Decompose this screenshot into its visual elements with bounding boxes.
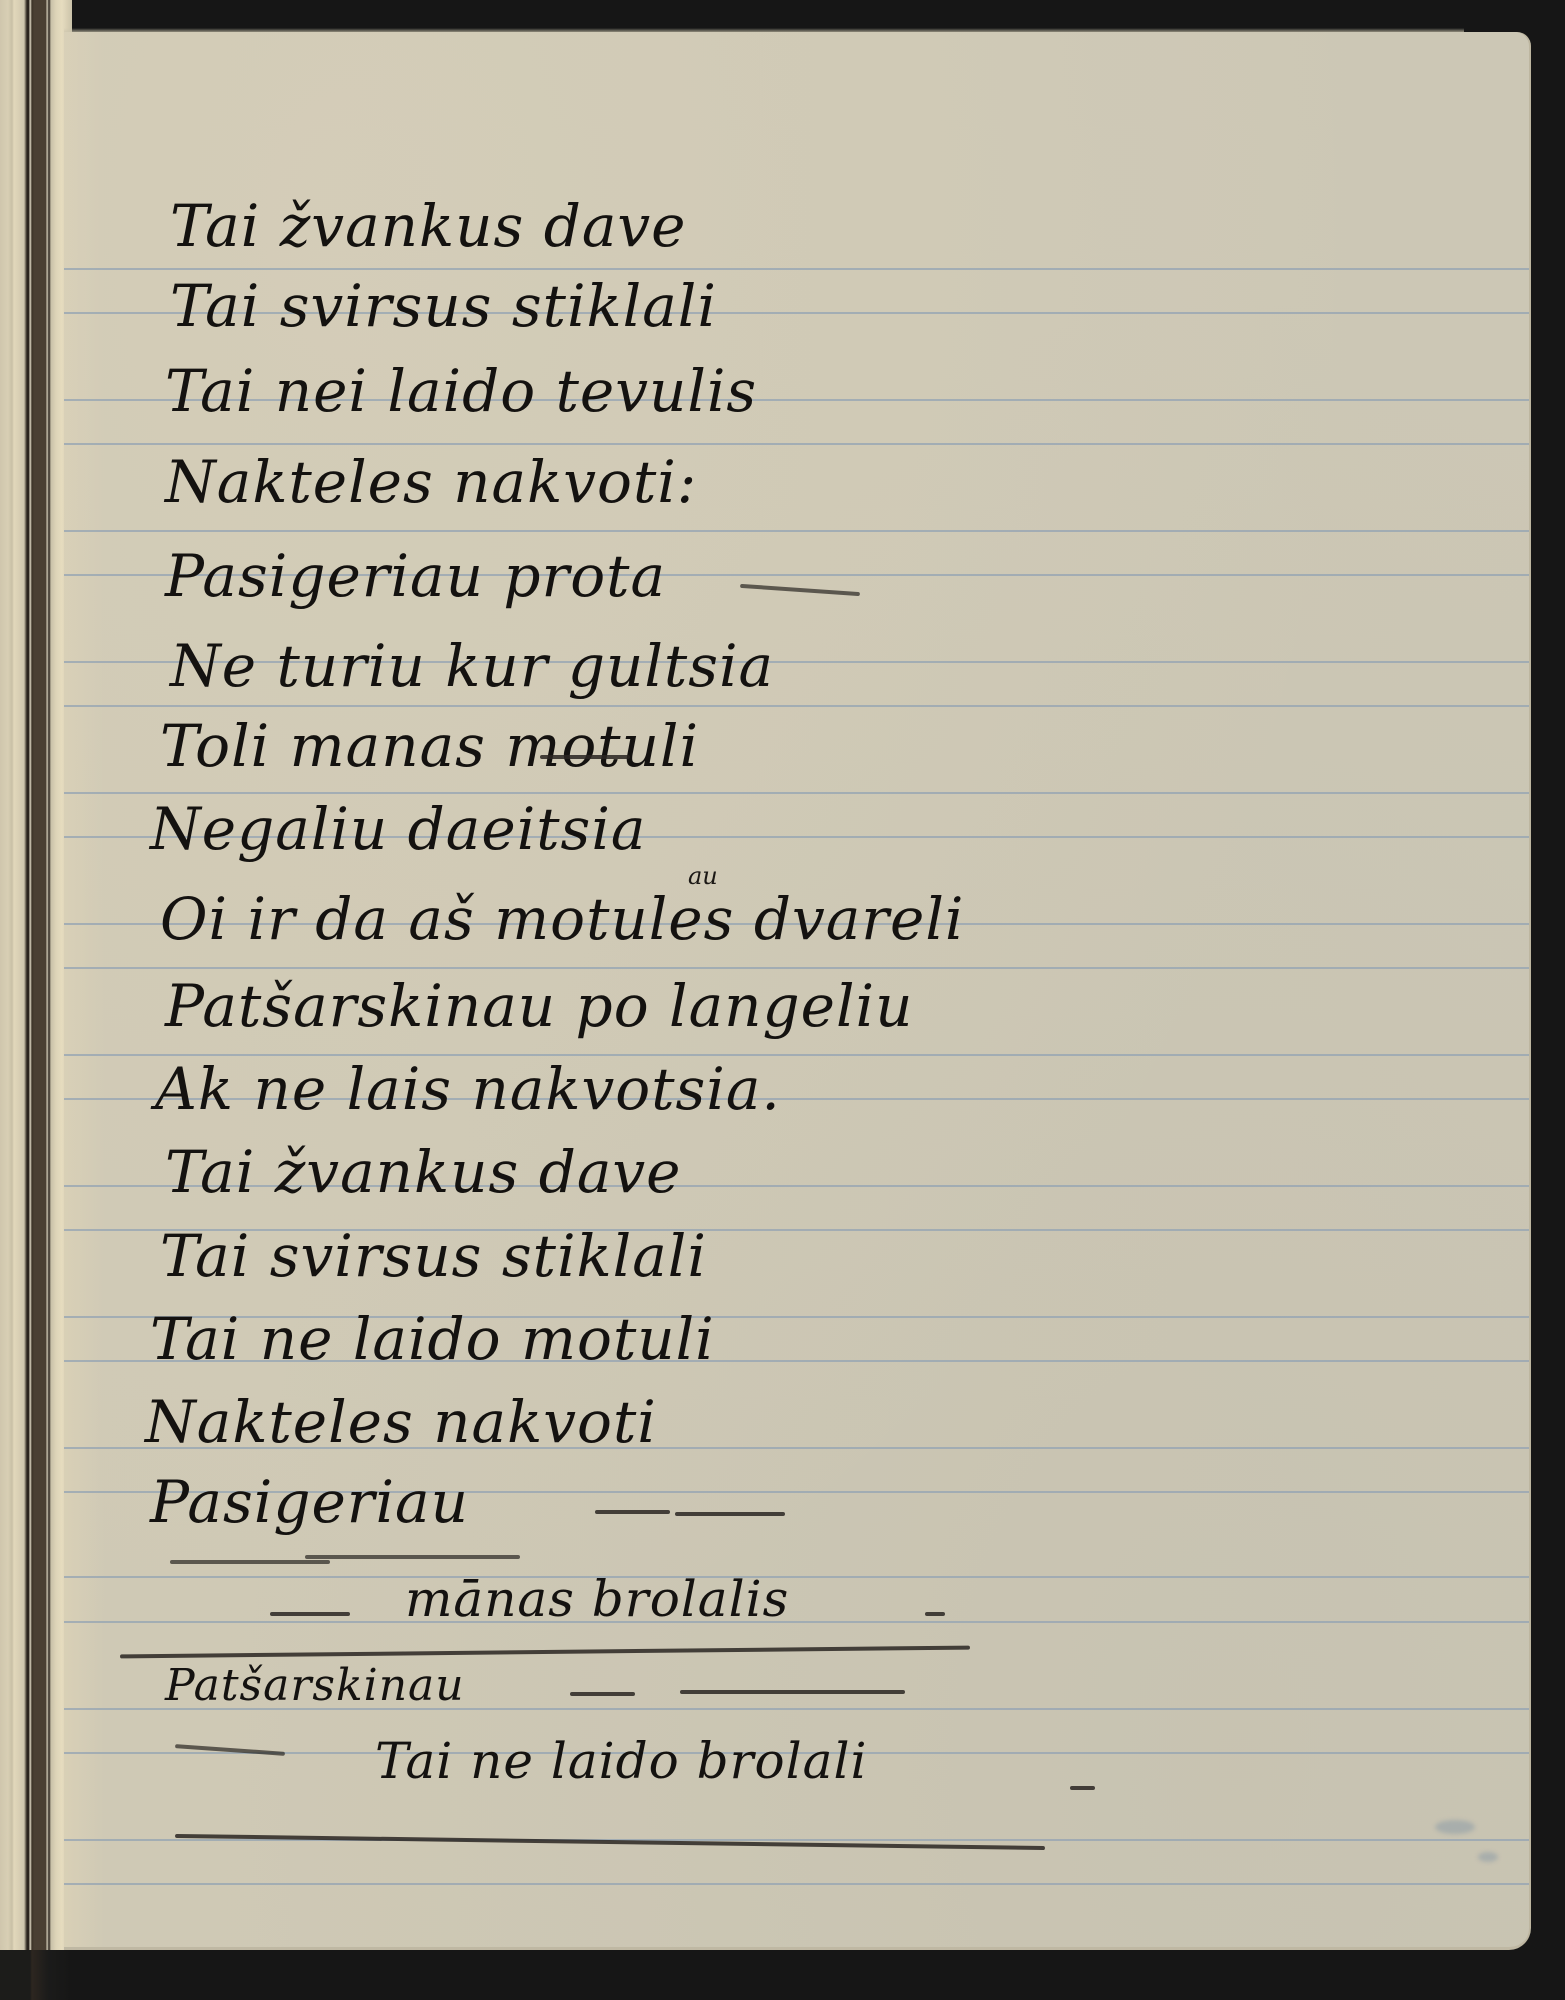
- verse2-line4: Negaliu daeitsia: [150, 795, 646, 863]
- verse4-line3: Tai ne laido motuli: [150, 1305, 715, 1373]
- binding-shadow: [0, 1950, 72, 2000]
- ruled-line: [64, 967, 1529, 969]
- verse3-line3: Ak ne lais nakvotsia.: [155, 1055, 781, 1123]
- verse4-line2: Tai svirsus stiklali: [160, 1222, 707, 1290]
- verse2-line3: Toli manas motuli: [160, 712, 699, 780]
- ruled-line: [64, 705, 1529, 707]
- dash-stroke: [570, 1692, 635, 1696]
- dash-stroke: [925, 1612, 945, 1616]
- ruled-line: [64, 268, 1529, 270]
- dash-stroke: [305, 1555, 520, 1559]
- refrain-line3: Tai ne laido brolali: [375, 1732, 867, 1790]
- strike-stroke: [540, 755, 630, 759]
- verse1-line4: Nakteles nakvoti:: [165, 448, 697, 516]
- dash-stroke: [1070, 1786, 1095, 1790]
- refrain-line1: mānas brolalis: [405, 1570, 789, 1628]
- ruled-line: [64, 1883, 1529, 1885]
- scanned-manuscript: Tai žvankus dave Tai svirsus stiklali Ta…: [0, 0, 1565, 2000]
- dash-stroke: [270, 1612, 350, 1616]
- dash-stroke: [675, 1512, 785, 1516]
- verse4-line4: Nakteles nakvoti: [145, 1388, 657, 1456]
- verse4-line1: Tai žvankus dave: [165, 1138, 682, 1206]
- page-stack-binding: [0, 0, 72, 1950]
- verse2-line1: Pasigeriau prota: [165, 542, 666, 610]
- ruled-line: [64, 792, 1529, 794]
- verse3-line1: Oi ir da aš motules dvareli: [160, 885, 964, 953]
- dash-stroke: [680, 1690, 905, 1694]
- verse2-line2: Ne turiu kur gultsia: [170, 632, 774, 700]
- refrain-line2: Patšarskinau: [165, 1660, 465, 1711]
- verse3-line2: Patšarskinau po langeliu: [165, 972, 913, 1040]
- dash-stroke: [595, 1510, 670, 1514]
- verse1-line1: Tai žvankus dave: [170, 192, 687, 260]
- ruled-line: [64, 1621, 1529, 1623]
- ruled-line: [64, 530, 1529, 532]
- dash-stroke: [170, 1560, 330, 1564]
- pencil-smudge: [1478, 1852, 1498, 1862]
- ruled-line: [64, 1576, 1529, 1578]
- insertion-correction: au: [688, 862, 718, 890]
- verse1-line2: Tai svirsus stiklali: [170, 272, 717, 340]
- ruled-line: [64, 443, 1529, 445]
- verse1-line3: Tai nei laido tevulis: [165, 357, 757, 425]
- pencil-smudge: [1435, 1820, 1475, 1834]
- verse4-line5: Pasigeriau: [150, 1468, 469, 1536]
